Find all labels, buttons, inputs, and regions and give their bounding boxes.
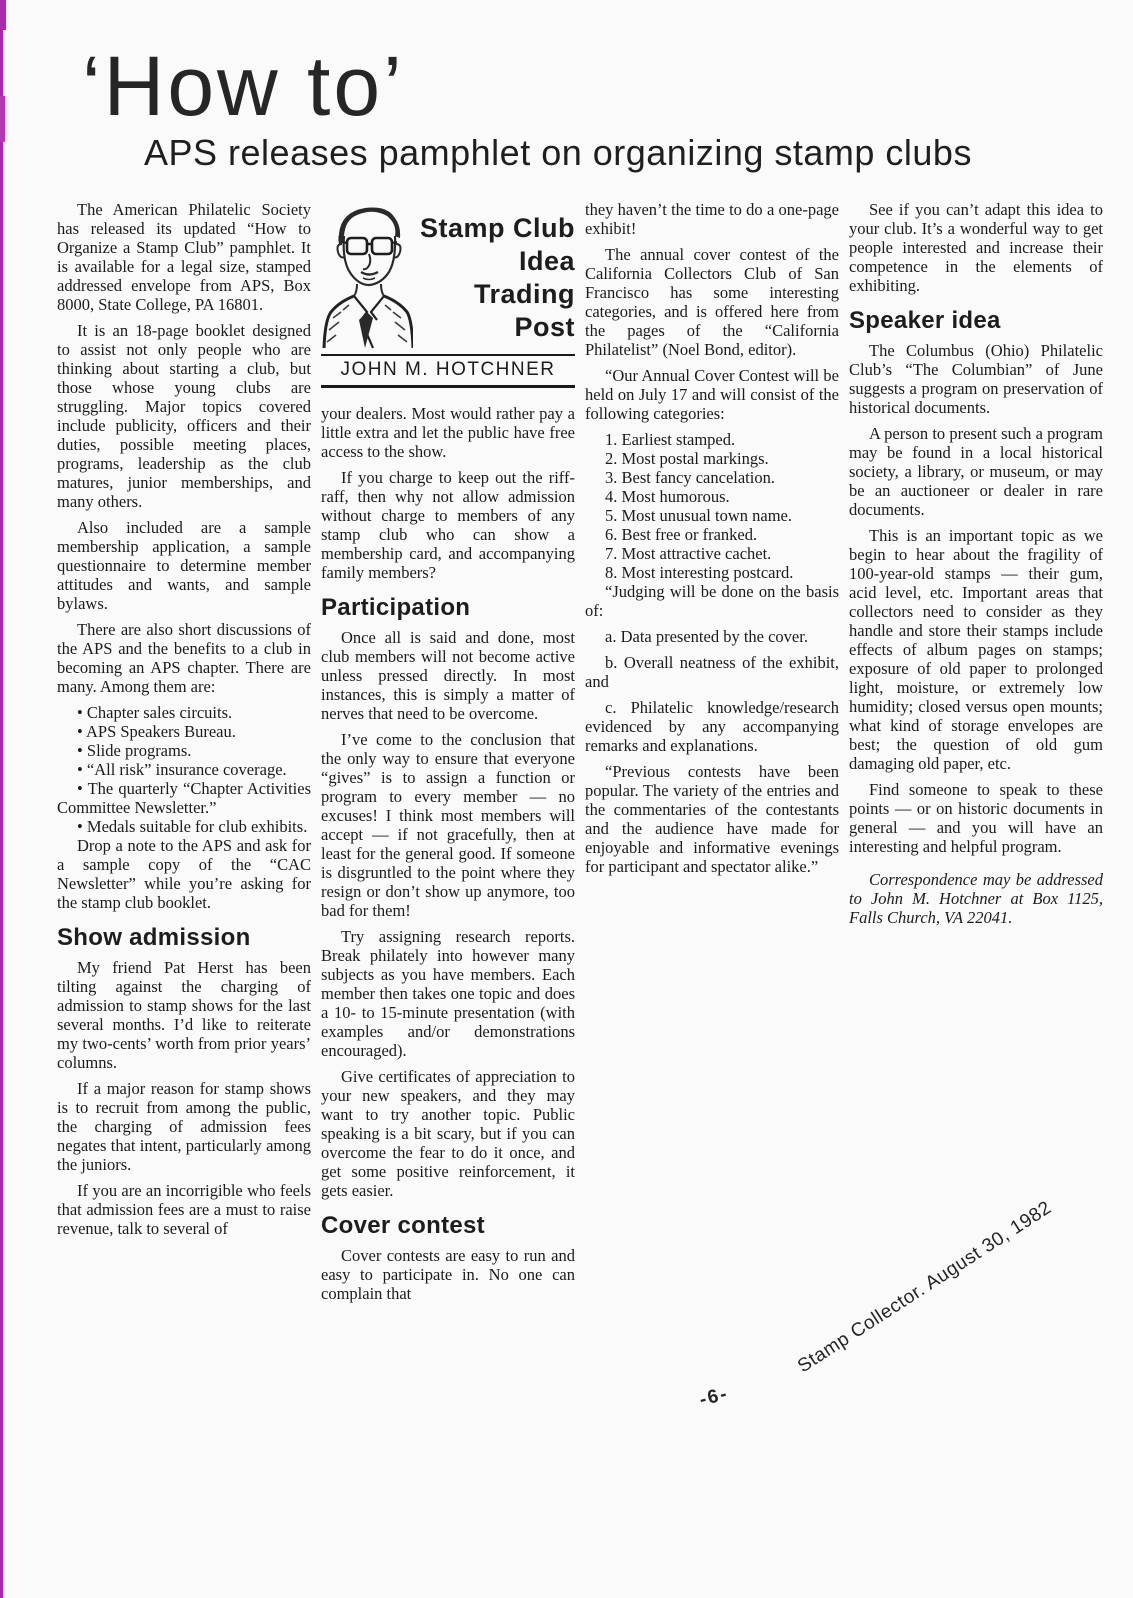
subheadline: APS releases pamphlet on organizing stam… <box>144 132 1104 174</box>
column-logo-line: Stamp Club <box>413 212 575 245</box>
body-paragraph: your dealers. Most would rather pay a li… <box>321 404 575 461</box>
list-item: 3. Best fancy cancelation. <box>585 468 839 487</box>
body-paragraph: Cover contests are easy to run and easy … <box>321 1246 575 1303</box>
author-portrait-icon <box>321 200 413 350</box>
body-paragraph: I’ve come to the conclusion that the onl… <box>321 730 575 920</box>
list-item: 7. Most attractive cachet. <box>585 544 839 563</box>
body-paragraph: Find someone to speak to these points — … <box>849 780 1103 856</box>
body-paragraph: There are also short discussions of the … <box>57 620 311 696</box>
list-item: 8. Most interesting postcard. <box>585 563 839 582</box>
body-paragraph: “Our Annual Cover Contest will be held o… <box>585 366 839 423</box>
column-2: Stamp Club Idea Trading Post JOHN M. HOT… <box>321 200 575 1596</box>
column-logo-line: Post <box>413 311 575 344</box>
list-item: • Slide programs. <box>57 741 311 760</box>
section-heading: Show admission <box>57 924 311 952</box>
body-paragraph: If you charge to keep out the riff-raff,… <box>321 468 575 582</box>
body-paragraph: Also included are a sample membership ap… <box>57 518 311 613</box>
headline: ‘How to’ <box>82 38 405 135</box>
body-paragraph: c. Philatelic knowledge/research evidenc… <box>585 698 839 755</box>
body-paragraph: a. Data presented by the cover. <box>585 627 839 646</box>
newspaper-page: ‘How to’ APS releases pamphlet on organi… <box>0 0 1133 1598</box>
body-paragraph: they haven’t the time to do a one-page e… <box>585 200 839 238</box>
scan-edge-line <box>0 0 3 1598</box>
list-item: • “All risk” insurance coverage. <box>57 760 311 779</box>
body-paragraph: Give certificates of appreciation to you… <box>321 1067 575 1200</box>
body-paragraph: My friend Pat Herst has been tilting aga… <box>57 958 311 1072</box>
body-paragraph: If a major reason for stamp shows is to … <box>57 1079 311 1174</box>
list-item: 5. Most unusual town name. <box>585 506 839 525</box>
column-logo-line: Trading <box>413 278 575 311</box>
list-item: • Chapter sales circuits. <box>57 703 311 722</box>
list-item: • Medals suitable for club exhibits. <box>57 817 311 836</box>
body-paragraph: It is an 18-page booklet designed to ass… <box>57 321 311 511</box>
body-paragraph: The American Philatelic Society has rele… <box>57 200 311 314</box>
body-paragraph: Try assigning research reports. Break ph… <box>321 927 575 1060</box>
body-paragraph: See if you can’t adapt this idea to your… <box>849 200 1103 295</box>
body-paragraph: “Judging will be done on the basis of: <box>585 582 839 620</box>
list-item: 4. Most humorous. <box>585 487 839 506</box>
body-paragraph: b. Overall neatness of the exhibit, and <box>585 653 839 691</box>
article-columns: The American Philatelic Society has rele… <box>57 200 1103 1596</box>
body-paragraph: The Columbus (Ohio) Philatelic Club’s “T… <box>849 341 1103 417</box>
body-paragraph: “Previous contests have been popular. Th… <box>585 762 839 876</box>
body-paragraph: Once all is said and done, most club mem… <box>321 628 575 723</box>
scan-edge-mark <box>0 0 6 30</box>
body-paragraph: Drop a note to the APS and ask for a sam… <box>57 836 311 912</box>
list-item: • APS Speakers Bureau. <box>57 722 311 741</box>
scan-edge-mark <box>0 96 5 142</box>
body-paragraph: A person to present such a program may b… <box>849 424 1103 519</box>
body-paragraph: If you are an incorrigible who feels tha… <box>57 1181 311 1238</box>
column-logo-line: Idea <box>413 245 575 278</box>
section-heading: Cover contest <box>321 1212 575 1240</box>
column-4: See if you can’t adapt this idea to your… <box>849 200 1103 1596</box>
byline-box: Stamp Club Idea Trading Post JOHN M. HOT… <box>321 200 575 388</box>
byline-top: Stamp Club Idea Trading Post <box>321 200 575 350</box>
list-item: • The quarterly “Chapter Activities Comm… <box>57 779 311 817</box>
body-paragraph: The annual cover contest of the Californ… <box>585 245 839 359</box>
section-heading: Speaker idea <box>849 307 1103 335</box>
body-paragraph: This is an important topic as we begin t… <box>849 526 1103 773</box>
list-item: 2. Most postal markings. <box>585 449 839 468</box>
divider <box>321 385 575 388</box>
column-logo: Stamp Club Idea Trading Post <box>413 200 575 344</box>
list-item: 6. Best free or franked. <box>585 525 839 544</box>
list-item: 1. Earliest stamped. <box>585 430 839 449</box>
section-heading: Participation <box>321 594 575 622</box>
column-1: The American Philatelic Society has rele… <box>57 200 311 1596</box>
author-name: JOHN M. HOTCHNER <box>321 356 575 383</box>
body-paragraph: Correspondence may be addressed to John … <box>849 870 1103 927</box>
